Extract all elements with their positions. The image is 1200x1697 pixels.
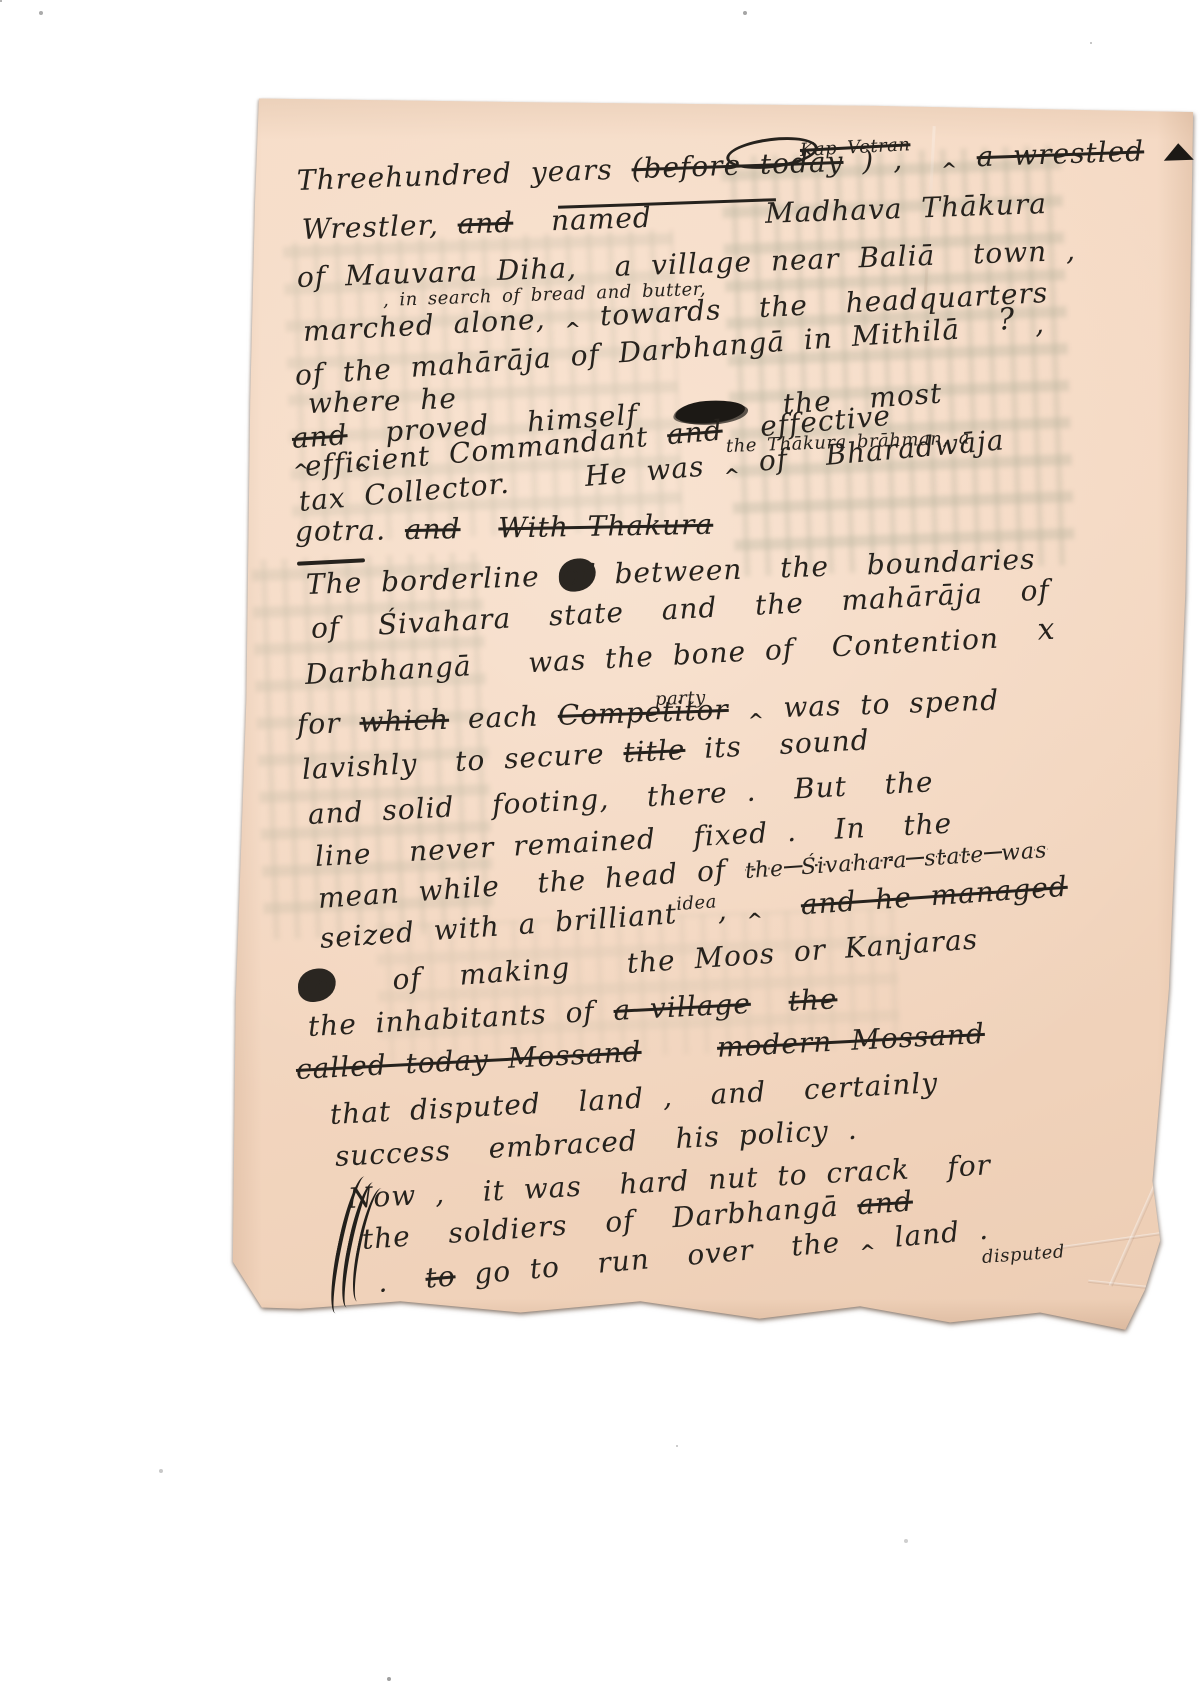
- scribbled-word: of: [558, 558, 596, 592]
- handwritten-text: its sound: [684, 723, 870, 766]
- handwritten-text: ) ,: [843, 142, 942, 178]
- handwritten-text: [762, 888, 802, 924]
- struck-text: With Thakura: [498, 508, 713, 545]
- handwritten-text: marched alone,: [302, 301, 565, 348]
- handwritten-text: disputed: [981, 1241, 1065, 1268]
- handwritten-text: Vetran: [1192, 129, 1200, 166]
- handwritten-text: Madhava Thākura: [764, 187, 1047, 230]
- handwritten-text: [957, 140, 977, 174]
- handwritten-text: the Moos or Kanjaras: [626, 922, 979, 979]
- struck-text: called today Mossand: [295, 1035, 642, 1086]
- handwritten-text: Wrestler,: [301, 208, 458, 246]
- handwritten-text: [641, 1031, 718, 1068]
- struck-text: a village: [613, 987, 752, 1027]
- handwritten-text: of making: [335, 947, 628, 1000]
- inserted-text: idea: [676, 891, 718, 915]
- handwritten-text: The borderline: [305, 559, 559, 601]
- handwritten-text: gotra.: [295, 513, 405, 548]
- caret-mark: ^: [941, 159, 959, 182]
- handwritten-text: ,: [1015, 307, 1046, 342]
- handwritten-text: .: [958, 1213, 990, 1248]
- handwritten-text: Threehundred years: [296, 152, 632, 197]
- manuscript-line: Wrestler, and named Madhava Thākura: [301, 189, 1047, 246]
- margin-mark: x: [998, 612, 1057, 650]
- margin-flourish-mark: [338, 1175, 398, 1325]
- handwritten-text: was to spend: [764, 683, 1000, 724]
- struck-text: to: [424, 1259, 457, 1294]
- struck-text: a wrestled: [976, 134, 1145, 173]
- struck-text: Competitor: [557, 693, 729, 732]
- handwritten-text: land: [874, 1215, 961, 1255]
- struck-text: the: [788, 982, 839, 1018]
- scanned-page: Kap VetranThreehundred years (before tod…: [0, 0, 1200, 1697]
- handwritten-text: ,: [716, 892, 747, 927]
- handwritten-text: lavishly to secure: [301, 736, 624, 786]
- manuscript-line: for which each Competitor ^ was to spend: [296, 685, 999, 740]
- struck-text: and: [666, 414, 724, 452]
- handwritten-text: for: [296, 706, 360, 741]
- handwritten-text: each: [448, 699, 558, 736]
- handwritten-text: [1144, 134, 1164, 168]
- manuscript-line: disputed: [981, 1242, 1065, 1268]
- struck-text: and: [405, 512, 461, 546]
- ink-blot: [1163, 143, 1194, 161]
- caret-mark: ^: [723, 464, 742, 487]
- struck-text: title: [623, 733, 687, 769]
- struck-text: and: [457, 206, 514, 241]
- margin-mark: ?: [958, 302, 1016, 341]
- caret-mark: ^: [859, 1240, 878, 1263]
- struck-text: which: [359, 703, 450, 739]
- handwritten-text: [728, 692, 748, 726]
- manuscript-line: gotra. and With Thakura: [295, 510, 714, 548]
- handwritten-text: the inhabitants of: [307, 994, 614, 1043]
- caret-mark: ^: [746, 909, 764, 932]
- scribbled-word: to: [297, 967, 337, 1003]
- handwritten-text: [460, 511, 498, 545]
- manuscript-lines: Kap VetranThreehundred years (before tod…: [0, 0, 1200, 1697]
- handwritten-text: [750, 985, 789, 1020]
- struck-text: modern Mossand: [716, 1017, 986, 1064]
- struck-text: and: [856, 1185, 914, 1222]
- caret-mark: ^: [564, 318, 582, 341]
